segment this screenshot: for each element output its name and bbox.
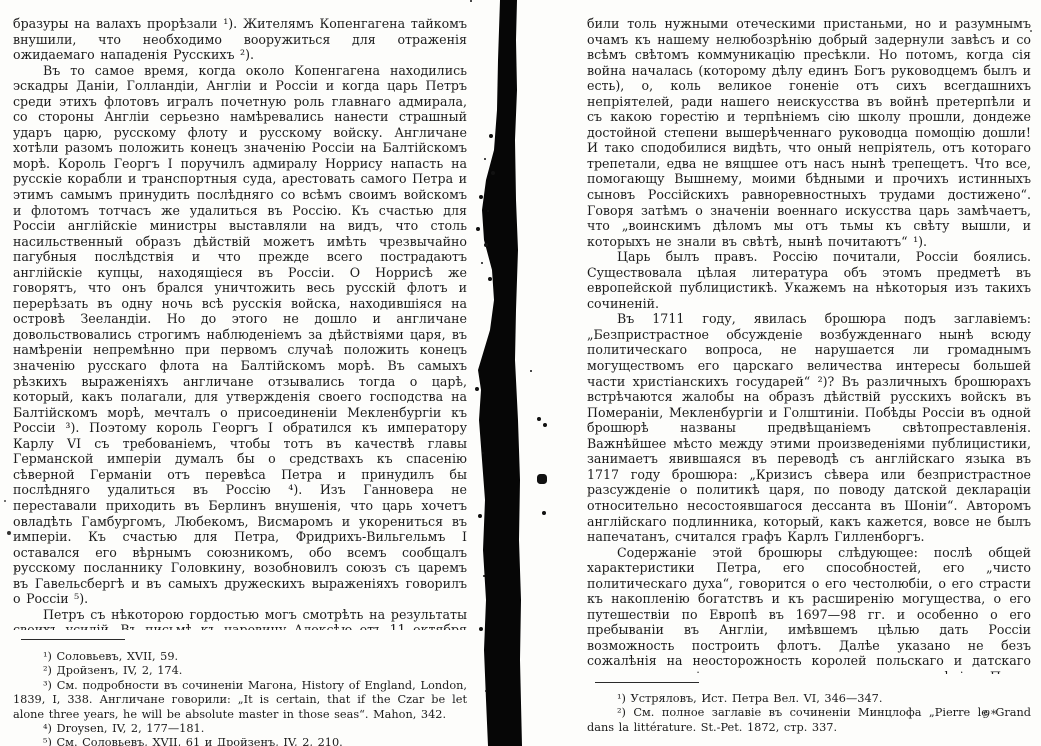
- binding-gutter-shadow: [470, 0, 542, 746]
- footnote: ¹) Соловьевъ, XVII, 59.: [13, 650, 467, 664]
- paragraph: били толь нужными отеческими пристаньми,…: [587, 16, 1031, 249]
- right-page-text: били толь нужными отеческими пристаньми,…: [587, 16, 1031, 674]
- book-spread-scan: бразуры на валахъ прорѣзали ¹). Жителямъ…: [0, 0, 1041, 746]
- paragraph: бразуры на валахъ прорѣзали ¹). Жителямъ…: [13, 16, 467, 63]
- footnote-rule: [595, 682, 699, 683]
- ink-speckles: [470, 0, 472, 2]
- signature-mark: 9*: [983, 708, 998, 721]
- footnote: ³) См. подробности въ сочиненіи Магона, …: [13, 679, 467, 722]
- paragraph: Содержаніе этой брошюры слѣдующее: послѣ…: [587, 545, 1031, 674]
- footnote: ⁵) См. Соловьевъ, XVII, 61 и Дройзенъ, I…: [13, 736, 467, 746]
- left-page-footnotes: ¹) Соловьевъ, XVII, 59. ²) Дройзенъ, IV,…: [13, 650, 467, 746]
- left-page: бразуры на валахъ прорѣзали ¹). Жителямъ…: [13, 0, 467, 746]
- paragraph: Петръ съ нѣкоторою гордостью могъ смотрѣ…: [13, 607, 467, 630]
- right-page-footnotes: ¹) Устряловъ, Ист. Петра Вел. VI, 346—34…: [587, 692, 1031, 735]
- footnote: ²) См. полное заглавіе въ сочиненіи Минц…: [587, 706, 1031, 735]
- footnote: ⁴) Droysen, IV, 2, 177—181.: [13, 722, 467, 736]
- left-page-text: бразуры на валахъ прорѣзали ¹). Жителямъ…: [13, 16, 467, 630]
- paragraph: Царь былъ правъ. Россію почитали, Россіи…: [587, 249, 1031, 311]
- footnote-rule: [21, 639, 125, 640]
- footnote: ¹) Устряловъ, Ист. Петра Вел. VI, 346—34…: [587, 692, 1031, 706]
- right-page: били толь нужными отеческими пристаньми,…: [587, 0, 1031, 746]
- paragraph: Въ 1711 году, явилась брошюра подъ загла…: [587, 311, 1031, 544]
- paragraph: Въ то самое время, когда около Копенгаге…: [13, 63, 467, 607]
- footnote: ²) Дройзенъ, IV, 2, 174.: [13, 664, 467, 678]
